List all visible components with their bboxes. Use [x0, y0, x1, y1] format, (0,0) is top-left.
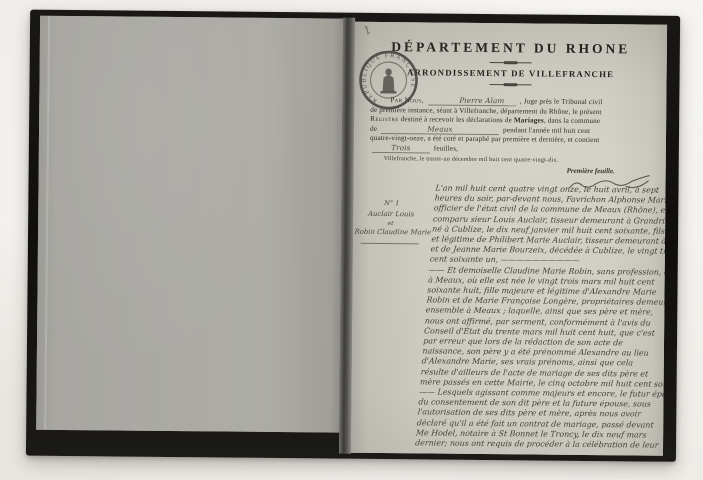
act-line: dernier; nous ont requis de procéder à l… — [415, 438, 654, 450]
judge-name-handwritten: Pierre Alam — [428, 96, 516, 106]
villefranche-dateline: Villefranche, le trente-un décembre mil … — [384, 156, 559, 164]
declaration-text: de — [370, 125, 379, 133]
groom-name: Auclair Louis — [355, 209, 427, 221]
act-number: N° 1 — [356, 198, 428, 210]
bride-name: Robin Claudine Marie — [354, 227, 426, 239]
registre-label: Registre — [370, 115, 399, 123]
mariages-label: Mariages — [514, 116, 544, 124]
declaration-text: , dans la commune — [544, 117, 601, 126]
register-book: 1 RÉPUBLIQUE FRANÇAISE DÉPARTEMENT DU RH… — [26, 10, 680, 462]
ornament-rule-icon — [490, 62, 532, 63]
declaration-text: , Juge près le Tribunal civil — [518, 97, 603, 106]
declaration-text: feuilles, — [432, 144, 458, 152]
photo-background: 1 RÉPUBLIQUE FRANÇAISE DÉPARTEMENT DU RH… — [0, 0, 703, 480]
register-right-page: 1 RÉPUBLIQUE FRANÇAISE DÉPARTEMENT DU RH… — [351, 22, 667, 456]
declaration-text: pendant l'année mil huit cent — [501, 126, 590, 135]
margin-rule — [360, 243, 418, 245]
commune-name-handwritten: Meaux — [381, 125, 499, 135]
declaration-line: Trois feuilles, — [370, 144, 660, 156]
register-declaration: Par Nous, Pierre Alam , Juge près le Tri… — [370, 96, 661, 156]
marriage-act-handwriting: L'an mil huit cent quatre vingt onze, le… — [415, 184, 667, 451]
ornament-rule-icon — [489, 84, 531, 85]
blank-left-page — [36, 16, 343, 433]
sheet-count-handwritten: Trois — [372, 144, 430, 154]
folio-number: 1 — [361, 23, 373, 38]
margin-note: N° 1 Auclair Louis et Robin Claudine Mar… — [354, 198, 428, 245]
declaration-text: destiné à recevoir les déclarations de — [399, 115, 514, 124]
par-nous-label: Par Nous, — [390, 96, 426, 104]
